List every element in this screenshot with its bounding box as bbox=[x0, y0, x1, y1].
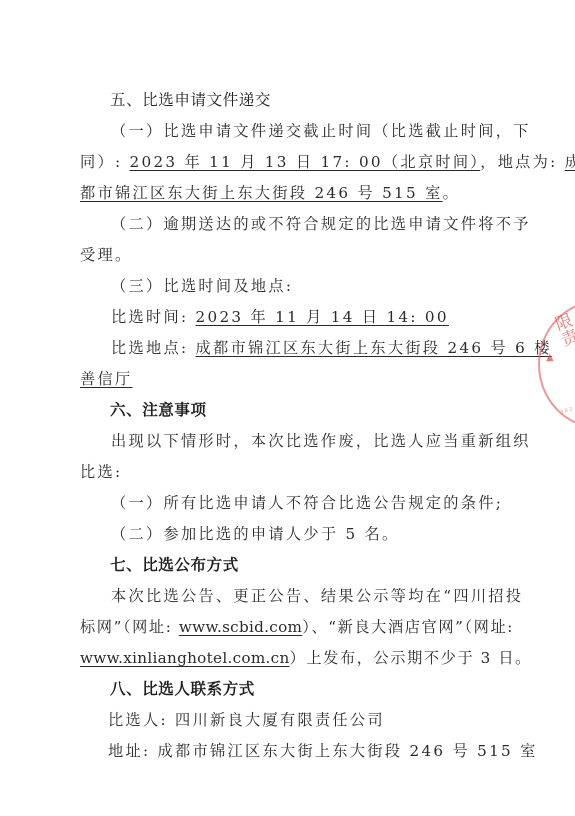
selection-time-value: 2023 年 11 月 14 日 14: 00 bbox=[196, 308, 449, 326]
deadline-value: 2023 年 11 月 13 日 17: 00（北京时间） bbox=[130, 153, 481, 171]
section-5-heading: 五、比选申请文件递交 bbox=[110, 90, 271, 110]
section-6-heading: 六、注意事项 bbox=[110, 400, 207, 420]
selection-place-line: 比选地点: 成都市锦江区东大街上东大街段 246 号 6 楼 bbox=[111, 338, 552, 358]
section-6-item-1: （一）所有比选申请人不符合比选公告规定的条件; bbox=[111, 493, 503, 513]
section-6-item-2: （二）参加比选的申请人少于 5 名。 bbox=[111, 524, 400, 544]
section-6-intro-line-2: 比选: bbox=[80, 462, 122, 482]
section-5-item-1-line-1: （一）比选申请文件递交截止时间（比选截止时间，下 bbox=[111, 121, 531, 141]
address-line: 地址: 成都市锦江区东大街上东大街段 246 号 515 室 bbox=[108, 741, 538, 761]
section-7-line-2: 标网”（网址: www.scbid.com）、“新良大酒店官网”（网址: bbox=[80, 617, 514, 637]
selection-place-line-2: 善信厅 bbox=[80, 369, 132, 389]
stamp-star-icon: ▲ bbox=[546, 352, 554, 363]
label-text: ，地点为: bbox=[480, 153, 557, 171]
label-text: ）上发布，公示期不少于 3 日。 bbox=[290, 649, 532, 667]
section-7-line-1: 本次比选公告、更正公告、结果公示等均在“四川招投 bbox=[111, 586, 523, 606]
selection-place-value: 成都市锦江区东大街上东大街段 246 号 6 楼 bbox=[196, 339, 552, 357]
section-5-item-2-line-1: （二）逾期送达的或不符合规定的比选申请文件将不予 bbox=[111, 214, 531, 234]
section-5-item-1-line-2: 同）: 2023 年 11 月 13 日 17: 00（北京时间），地点为: 成 bbox=[80, 152, 575, 172]
section-8-heading: 八、比选人联系方式 bbox=[110, 679, 255, 699]
section-7-line-3: www.xinlianghotel.com.cn）上发布，公示期不少于 3 日。 bbox=[80, 648, 532, 668]
address-value: 成都市锦江区东大街上东大街段 246 号 515 室 bbox=[158, 742, 538, 760]
location-value: 成 bbox=[565, 153, 575, 171]
url-link-scbid[interactable]: www.scbid.com bbox=[179, 618, 302, 636]
section-5-item-3-label: （三）比选时间及地点: bbox=[111, 276, 293, 296]
address-label: 地址: bbox=[108, 742, 150, 760]
label-text: 同）: bbox=[80, 153, 122, 171]
label-text: ）、“新良大酒店官网”（网址: bbox=[302, 618, 514, 636]
section-7-heading: 七、比选公布方式 bbox=[110, 555, 239, 575]
punctuation: 。 bbox=[443, 184, 461, 202]
section-6-intro-line-1: 出现以下情形时，本次比选作废，比选人应当重新组织 bbox=[111, 431, 531, 451]
label-text: 标网”（网址: bbox=[80, 618, 172, 636]
contact-value: 四川新良大厦有限责任公司 bbox=[175, 711, 385, 729]
url-link-xinlianghotel[interactable]: www.xinlianghotel.com.cn bbox=[80, 649, 290, 667]
contact-line: 比选人: 四川新良大厦有限责任公司 bbox=[108, 710, 385, 730]
selection-place-label: 比选地点: bbox=[111, 339, 188, 357]
location-value: 都市锦江区东大街上东大街段 246 号 515 室 bbox=[80, 184, 443, 202]
selection-place-value: 善信厅 bbox=[80, 370, 132, 388]
selection-time-line: 比选时间: 2023 年 11 月 14 日 14: 00 bbox=[111, 307, 449, 327]
contact-label: 比选人: bbox=[108, 711, 168, 729]
section-5-item-1-line-3: 都市锦江区东大街上东大街段 246 号 515 室。 bbox=[80, 183, 460, 203]
section-5-item-2-line-2: 受理。 bbox=[80, 245, 132, 265]
selection-time-label: 比选时间: bbox=[111, 308, 188, 326]
